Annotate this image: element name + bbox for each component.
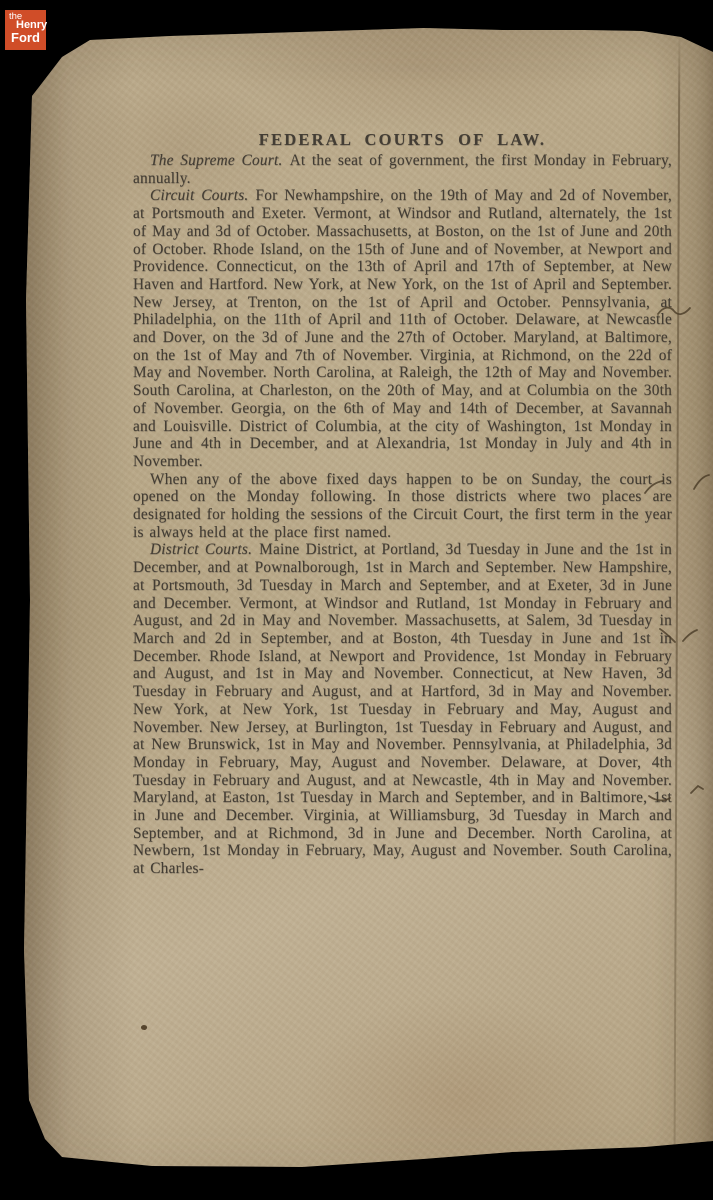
paragraph-text: For Newhampshire, on the 19th of May and… — [133, 187, 672, 470]
paragraph-text: Maine District, at Portland, 3d Tuesday … — [133, 541, 672, 877]
page-crease — [674, 32, 681, 1146]
ink-speck-icon — [140, 1024, 147, 1031]
paragraph-circuit-courts: Circuit Courts.For Newhampshire, on the … — [133, 187, 672, 470]
paragraph-district-courts: District Courts.Maine District, at Portl… — [133, 541, 672, 877]
page-heading: FEDERAL COURTS OF LAW. — [133, 130, 672, 150]
document-page: FEDERAL COURTS OF LAW. The Supreme Court… — [0, 0, 713, 1200]
page-text: FEDERAL COURTS OF LAW. The Supreme Court… — [133, 130, 672, 878]
paragraph-text: When any of the above fixed days happen … — [133, 471, 672, 541]
paragraph-sunday-rule: When any of the above fixed days happen … — [133, 471, 672, 542]
logo-text-ford: Ford — [11, 31, 40, 44]
paragraph-lead: The Supreme Court. — [150, 152, 283, 169]
paragraph-supreme-court: The Supreme Court.At the seat of governm… — [133, 152, 672, 187]
henry-ford-logo: the Henry Ford — [5, 10, 46, 50]
scan-background: FEDERAL COURTS OF LAW. The Supreme Court… — [0, 0, 713, 1200]
paragraph-lead: Circuit Courts. — [150, 187, 249, 204]
paragraph-lead: District Courts. — [150, 541, 252, 558]
check-mark-icon — [694, 475, 709, 489]
